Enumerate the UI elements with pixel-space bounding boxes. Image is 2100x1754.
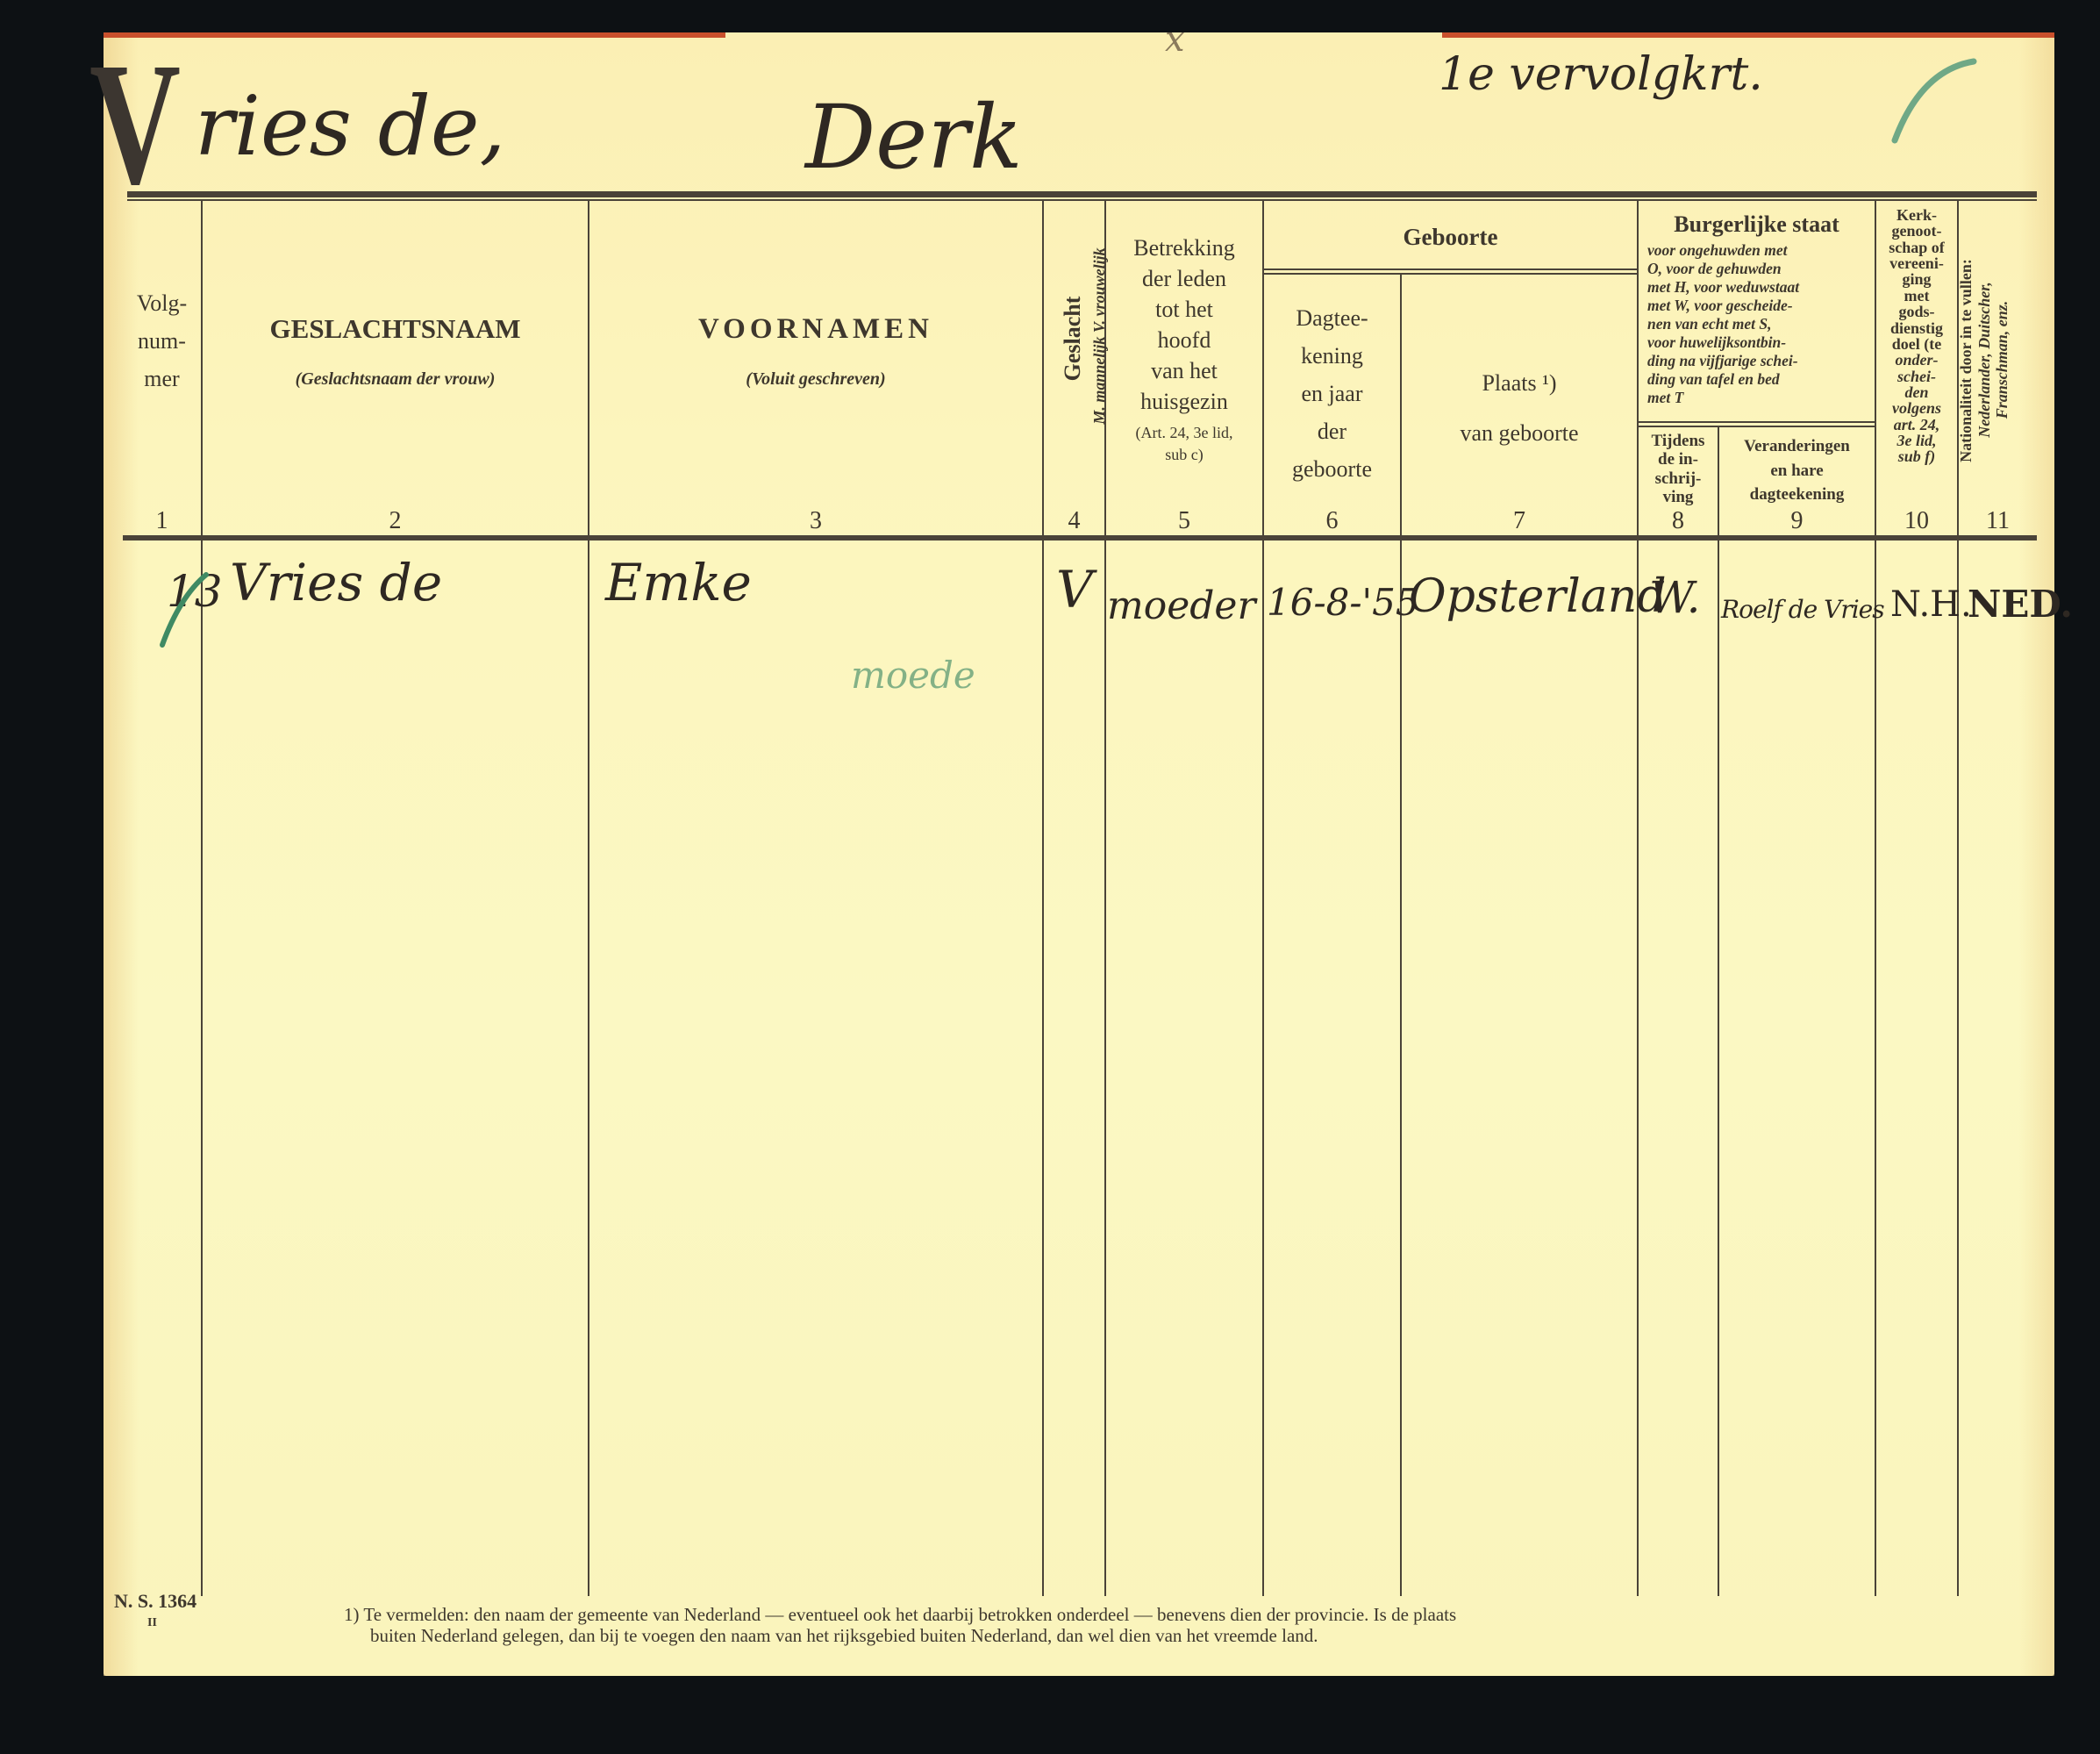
column-number: 4: [1044, 507, 1104, 535]
card-title-firstname: Derk: [805, 86, 1023, 189]
header-text: met T: [1647, 389, 1867, 407]
header-geboorte: Geboorte: [1264, 223, 1637, 251]
header-text: schap of: [1876, 240, 1957, 255]
red-edge-strip: [104, 32, 725, 38]
header-dagteekening: Dagtee- kening en jaar der geboorte: [1264, 300, 1400, 488]
header-text: schei-: [1876, 369, 1957, 384]
header-text: onder-: [1876, 352, 1957, 368]
header-text: den: [1876, 384, 1957, 400]
col-divider-1: [201, 201, 203, 1596]
red-edge-strip: [1442, 32, 2054, 38]
header-text: dienstig: [1876, 320, 1957, 336]
header-geslacht: Geslacht: [1060, 163, 1088, 514]
column-number: 11: [1959, 507, 2037, 535]
cell-kerkgenootschap: N.H.: [1890, 584, 1972, 625]
header-nationaliteit-sub: Franschman, enz.: [1993, 202, 2014, 518]
header-text: met: [1876, 288, 1957, 304]
header-geslachtsnaam-sub: (Geslachtsnaam der vrouw): [203, 369, 588, 390]
header-text: O, voor de gehuwden: [1647, 260, 1867, 278]
header-text: van geboorte: [1402, 408, 1637, 458]
header-text: gods-: [1876, 304, 1957, 319]
header-text: sub c): [1106, 445, 1262, 465]
header-text: doel (te: [1876, 336, 1957, 352]
header-text: Plaats ¹): [1402, 358, 1637, 408]
header-text: voor ongehuwden met: [1647, 241, 1867, 260]
header-text: en hare: [1719, 459, 1875, 483]
header-plaats: Plaats ¹) van geboorte: [1402, 358, 1637, 458]
header-text: (Art. 24, 3e lid,: [1106, 421, 1262, 445]
header-text: Volg-: [123, 285, 201, 323]
header-text: dagteekening: [1719, 483, 1875, 507]
col-divider-2: [588, 201, 589, 1596]
column-number: 8: [1639, 507, 1718, 535]
header-text: met H, voor weduwstaat: [1647, 278, 1867, 297]
header-tijdens-inschrijving: Tijdens de in- schrij- ving: [1639, 432, 1718, 506]
column-number: 5: [1106, 507, 1262, 535]
header-text: van het: [1106, 355, 1262, 386]
column-number: 1: [123, 507, 201, 535]
footnote: 1) Te vermelden: den naam der gemeente v…: [344, 1604, 1853, 1646]
cell-nationaliteit: NED.: [1968, 583, 2073, 626]
form-code: N. S. 1364 II: [114, 1590, 196, 1630]
header-text: huisgezin: [1106, 386, 1262, 417]
header-betrekking: Betrekking der leden tot het hoofd van h…: [1106, 233, 1262, 465]
header-text: Tijdens: [1639, 432, 1718, 450]
header-text: de in-: [1639, 450, 1718, 469]
cell-burgerlijke-staat: W.: [1649, 572, 1701, 623]
green-check-mark-icon: [158, 570, 211, 649]
header-text: volgens: [1876, 400, 1957, 416]
cell-voornamen-note: moede: [851, 654, 975, 697]
header-text: Dagtee-: [1264, 300, 1400, 338]
column-number: 9: [1719, 507, 1875, 535]
continuation-note: 1e vervolgkrt.: [1439, 48, 1763, 101]
cell-veranderingen: Roelf de Vries: [1721, 595, 1884, 624]
header-veranderingen: Veranderingen en hare dagteekening: [1719, 434, 1875, 507]
header-text: voor huwelijksontbin-: [1647, 333, 1867, 352]
cell-voornamen: Emke: [605, 553, 752, 612]
corner-mark: x: [1165, 19, 1185, 60]
header-volgnummer: Volg- num- mer: [123, 285, 201, 398]
header-text: Kerk-: [1876, 207, 1957, 223]
header-bottom-rule: [123, 535, 2037, 541]
header-text: nen van echt met S,: [1647, 315, 1867, 333]
cell-geboortedatum: 16-8-'55: [1267, 581, 1419, 624]
header-text: der leden: [1106, 263, 1262, 294]
header-text: 3e lid,: [1876, 433, 1957, 448]
column-number: 2: [203, 507, 588, 535]
header-voornamen-sub: (Voluit geschreven): [589, 369, 1042, 390]
header-text: kening: [1264, 338, 1400, 376]
header-text: met W, voor gescheide-: [1647, 297, 1867, 315]
col-divider-3: [1042, 201, 1044, 1596]
geboorte-subrule: [1264, 268, 1637, 270]
col-divider-7: [1637, 201, 1639, 1596]
header-text: mer: [123, 361, 201, 398]
cell-geslacht: V: [1056, 560, 1093, 619]
header-text: ving: [1639, 488, 1718, 506]
cell-betrekking: moeder: [1107, 583, 1256, 628]
column-number: 10: [1876, 507, 1957, 535]
header-text: tot het: [1106, 294, 1262, 325]
card-title-surname: ries de,: [195, 79, 505, 175]
header-kerkgenootschap: Kerk- genoot- schap of vereeni- ging met…: [1876, 207, 1957, 465]
header-text: en jaar: [1264, 376, 1400, 413]
header-text: art. 24,: [1876, 417, 1957, 433]
header-text: der: [1264, 413, 1400, 451]
header-voornamen: VOORNAMEN: [589, 312, 1042, 347]
header-text: sub f): [1876, 448, 1957, 464]
cell-geslachtsnaam: Vries de: [230, 553, 442, 612]
paper-shading: [2019, 32, 2054, 1676]
header-burgerlijke-staat: Burgerlijke staat: [1639, 211, 1875, 238]
footnote-line: buiten Nederland gelegen, dan bij te voe…: [344, 1625, 1853, 1646]
form-code-sub: II: [147, 1616, 196, 1630]
header-burgerlijke-staat-desc: voor ongehuwden met O, voor de gehuwden …: [1647, 241, 1867, 407]
cell-geboorteplaats: Opsterland: [1409, 570, 1667, 623]
geboorte-subrule: [1264, 273, 1637, 275]
column-number: 7: [1402, 507, 1637, 535]
surname-initial: V: [89, 37, 181, 212]
header-text: Veranderingen: [1719, 434, 1875, 459]
col-divider-8: [1718, 426, 1719, 1596]
header-text: num-: [123, 323, 201, 361]
column-number: 6: [1264, 507, 1400, 535]
paper-shading: [104, 32, 139, 1676]
col-divider-6: [1400, 275, 1402, 1596]
burgerlijke-staat-subrule: [1639, 421, 1875, 423]
header-text: vereeni-: [1876, 255, 1957, 271]
header-text: genoot-: [1876, 223, 1957, 239]
header-text: Betrekking: [1106, 233, 1262, 263]
header-text: ding van tafel en bed: [1647, 370, 1867, 389]
green-check-mark-icon: [1886, 53, 1982, 149]
form-code-text: N. S. 1364: [114, 1590, 196, 1612]
header-text: ging: [1876, 271, 1957, 287]
header-text: schrij-: [1639, 469, 1718, 488]
header-text: geboorte: [1264, 451, 1400, 489]
header-text: hoofd: [1106, 325, 1262, 355]
footnote-line: 1) Te vermelden: den naam der gemeente v…: [344, 1604, 1853, 1625]
header-geslachtsnaam: GESLACHTSNAAM: [203, 312, 588, 345]
burgerlijke-staat-subrule: [1639, 426, 1875, 427]
column-number: 3: [589, 507, 1042, 535]
header-text: ding na vijfjarige schei-: [1647, 352, 1867, 370]
